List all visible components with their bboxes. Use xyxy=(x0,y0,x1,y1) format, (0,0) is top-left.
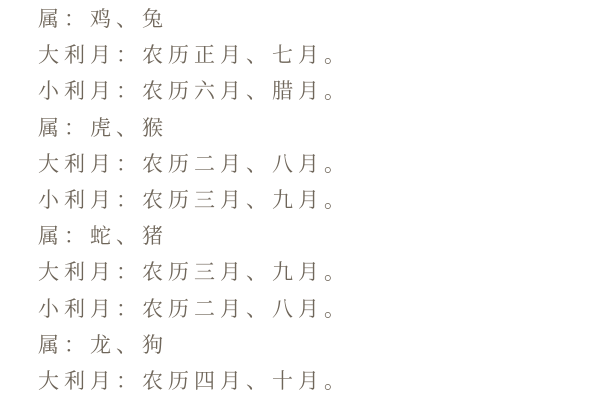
zodiac-group-1-animals: 属：鸡、兔 xyxy=(38,2,600,38)
zodiac-group-3-minor-lucky-months: 小利月：农历二月、八月。 xyxy=(38,292,600,328)
zodiac-group-4-major-lucky-months: 大利月：农历四月、十月。 xyxy=(38,364,600,400)
zodiac-group-2-major-lucky-months: 大利月：农历二月、八月。 xyxy=(38,147,600,183)
document-body: 属：鸡、兔 大利月：农历正月、七月。 小利月：农历六月、腊月。 属：虎、猴 大利… xyxy=(0,0,600,400)
zodiac-group-2-minor-lucky-months: 小利月：农历三月、九月。 xyxy=(38,183,600,219)
zodiac-group-1-major-lucky-months: 大利月：农历正月、七月。 xyxy=(38,38,600,74)
zodiac-group-4-animals: 属：龙、狗 xyxy=(38,328,600,364)
zodiac-group-2-animals: 属：虎、猴 xyxy=(38,111,600,147)
zodiac-group-1-minor-lucky-months: 小利月：农历六月、腊月。 xyxy=(38,74,600,110)
zodiac-group-3-animals: 属：蛇、猪 xyxy=(38,219,600,255)
zodiac-group-3-major-lucky-months: 大利月：农历三月、九月。 xyxy=(38,255,600,291)
